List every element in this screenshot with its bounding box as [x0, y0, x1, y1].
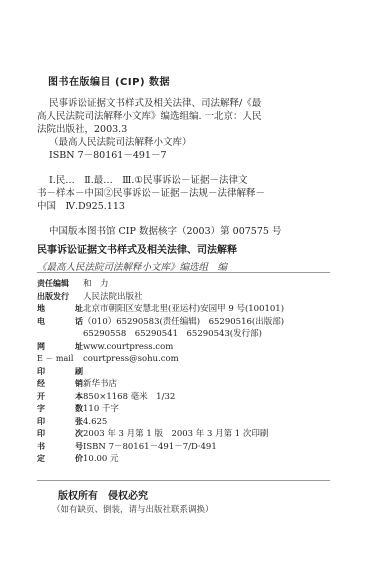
info-row: 地址北京市朝阳区安慧北里(亚运村)安园甲 9 号(100101) — [37, 303, 284, 316]
info-row: 65290558 65290541 65290543(发行部) — [37, 328, 284, 341]
info-row: 定价10.00 元 — [37, 453, 284, 466]
info-value: 10.00 元 — [83, 453, 119, 466]
info-label-part: 本 — [75, 391, 83, 404]
info-value: 110 千字 — [83, 403, 119, 416]
cip-title: 图书在版编目 (CIP) 数据 — [48, 73, 170, 88]
info-label: 印次 — [37, 428, 83, 441]
info-label-part: 地 — [37, 303, 45, 316]
info-row: 经销新华书店 — [37, 378, 284, 391]
info-row: 字数110 千字 — [37, 403, 284, 416]
info-label: 电话 — [37, 316, 83, 329]
info-label-part: 定 — [37, 453, 45, 466]
book-title: 民事诉讼证据文书样式及相关法律、司法解释 — [37, 241, 237, 256]
info-label-part: 销 — [75, 378, 83, 391]
info-label-part: 责任编辑 — [37, 278, 69, 291]
info-value: ISBN 7－80161－491－7/D·491 — [83, 441, 217, 454]
info-value: 2003 年 3 月第 1 版 2003 年 3 月第 1 次印刷 — [83, 428, 268, 441]
info-label: E － mail — [37, 353, 83, 366]
info-label: 印刷 — [37, 366, 83, 379]
info-row: 印刷 — [37, 366, 284, 379]
info-label-part: 出版发行 — [37, 291, 69, 304]
info-label: 地址 — [37, 303, 83, 316]
info-label-part: 经 — [37, 378, 45, 391]
info-label-part: 价 — [75, 453, 83, 466]
info-value: （010）65290583(责任编辑) 65290516(出版部) — [83, 316, 284, 329]
info-label: 字数 — [37, 403, 83, 416]
cip-body: 民事诉讼证据文书样式及相关法律、司法解释/《最 高人民法院司法解释小文库》编选组… — [37, 97, 297, 238]
info-label-part: 印 — [37, 366, 45, 379]
info-label: 书号 — [37, 441, 83, 454]
divider-top — [37, 272, 330, 273]
info-value: courtpress@sohu.com — [83, 353, 179, 366]
info-label-part: 电 — [37, 316, 45, 329]
cip-line: （最高人民法院司法解释小文库） — [37, 136, 297, 149]
info-label-part: 话 — [75, 316, 83, 329]
info-label-part: 字 — [37, 403, 45, 416]
cip-library-note: 中国版本图书馆 CIP 数据核字（2003）第 007575 号 — [37, 225, 297, 238]
book-editor: 《最高人民法院司法解释小文库》编选组 编 — [37, 259, 227, 273]
info-label: 开本 — [37, 391, 83, 404]
info-label-part: 张 — [75, 416, 83, 429]
cip-classification-line: 书－样本－中国②民事诉讼－证据－法规－法律解释－ — [37, 187, 297, 200]
info-label-part: 书 — [37, 441, 45, 454]
divider-bottom — [37, 480, 330, 481]
info-label-part: 印 — [37, 416, 45, 429]
info-label-part: 址 — [75, 341, 83, 354]
info-value: 新华书店 — [83, 378, 117, 391]
info-value: www.courtpress.com — [83, 341, 173, 354]
cip-line: 民事诉讼证据文书样式及相关法律、司法解释/《最 — [37, 97, 297, 110]
cip-classification-line: Ⅰ.民… Ⅱ.最… Ⅲ.①民事诉讼－证据－法律文 — [37, 174, 297, 187]
info-label: 责任编辑 — [37, 278, 83, 291]
info-value: 4.625 — [83, 416, 107, 429]
info-row: 印次2003 年 3 月第 1 版 2003 年 3 月第 1 次印刷 — [37, 428, 284, 441]
info-label-part: 印 — [37, 428, 45, 441]
info-value: 北京市朝阳区安慧北里(亚运村)安园甲 9 号(100101) — [83, 303, 284, 316]
cip-isbn: ISBN 7－80161－491－7 — [37, 149, 297, 162]
info-row: E － mailcourtpress@sohu.com — [37, 353, 284, 366]
info-value: 850×1168 毫米 1/32 — [83, 391, 175, 404]
info-label-part: 址 — [75, 303, 83, 316]
info-row: 出版发行人民法院出版社 — [37, 291, 284, 304]
copyright-note: （如有缺页、倒装，请与出版社联系调换） — [52, 503, 214, 515]
publication-info-table: 责任编辑和 力出版发行人民法院出版社地址北京市朝阳区安慧北里(亚运村)安园甲 9… — [37, 278, 284, 466]
info-label — [37, 328, 83, 341]
info-label-part: E － mail — [37, 353, 73, 366]
info-value: 65290558 65290541 65290543(发行部) — [83, 328, 262, 341]
info-value: 人民法院出版社 — [83, 291, 143, 304]
info-label-part: 次 — [75, 428, 83, 441]
cip-line: 法院出版社，2003.3 — [37, 123, 297, 136]
copyright-title: 版权所有 侵权必究 — [58, 487, 148, 502]
info-label: 出版发行 — [37, 291, 83, 304]
info-row: 电话（010）65290583(责任编辑) 65290516(出版部) — [37, 316, 284, 329]
info-row: 书号ISBN 7－80161－491－7/D·491 — [37, 441, 284, 454]
info-label: 网址 — [37, 341, 83, 354]
info-row: 网址www.courtpress.com — [37, 341, 284, 354]
info-row: 印张4.625 — [37, 416, 284, 429]
info-label: 印张 — [37, 416, 83, 429]
info-label-part: 网 — [37, 341, 45, 354]
info-label: 定价 — [37, 453, 83, 466]
info-label-part: 开 — [37, 391, 45, 404]
cip-classification-line: 中国 Ⅳ.D925.113 — [37, 200, 297, 213]
info-label-part: 号 — [75, 441, 83, 454]
info-label: 经销 — [37, 378, 83, 391]
info-value: 和 力 — [83, 278, 109, 291]
info-label-part: 刷 — [75, 366, 83, 379]
info-row: 开本850×1168 毫米 1/32 — [37, 391, 284, 404]
info-row: 责任编辑和 力 — [37, 278, 284, 291]
info-label-part: 数 — [75, 403, 83, 416]
cip-line: 高人民法院司法解释小文库》编选组编. 一北京：人民 — [37, 110, 297, 123]
